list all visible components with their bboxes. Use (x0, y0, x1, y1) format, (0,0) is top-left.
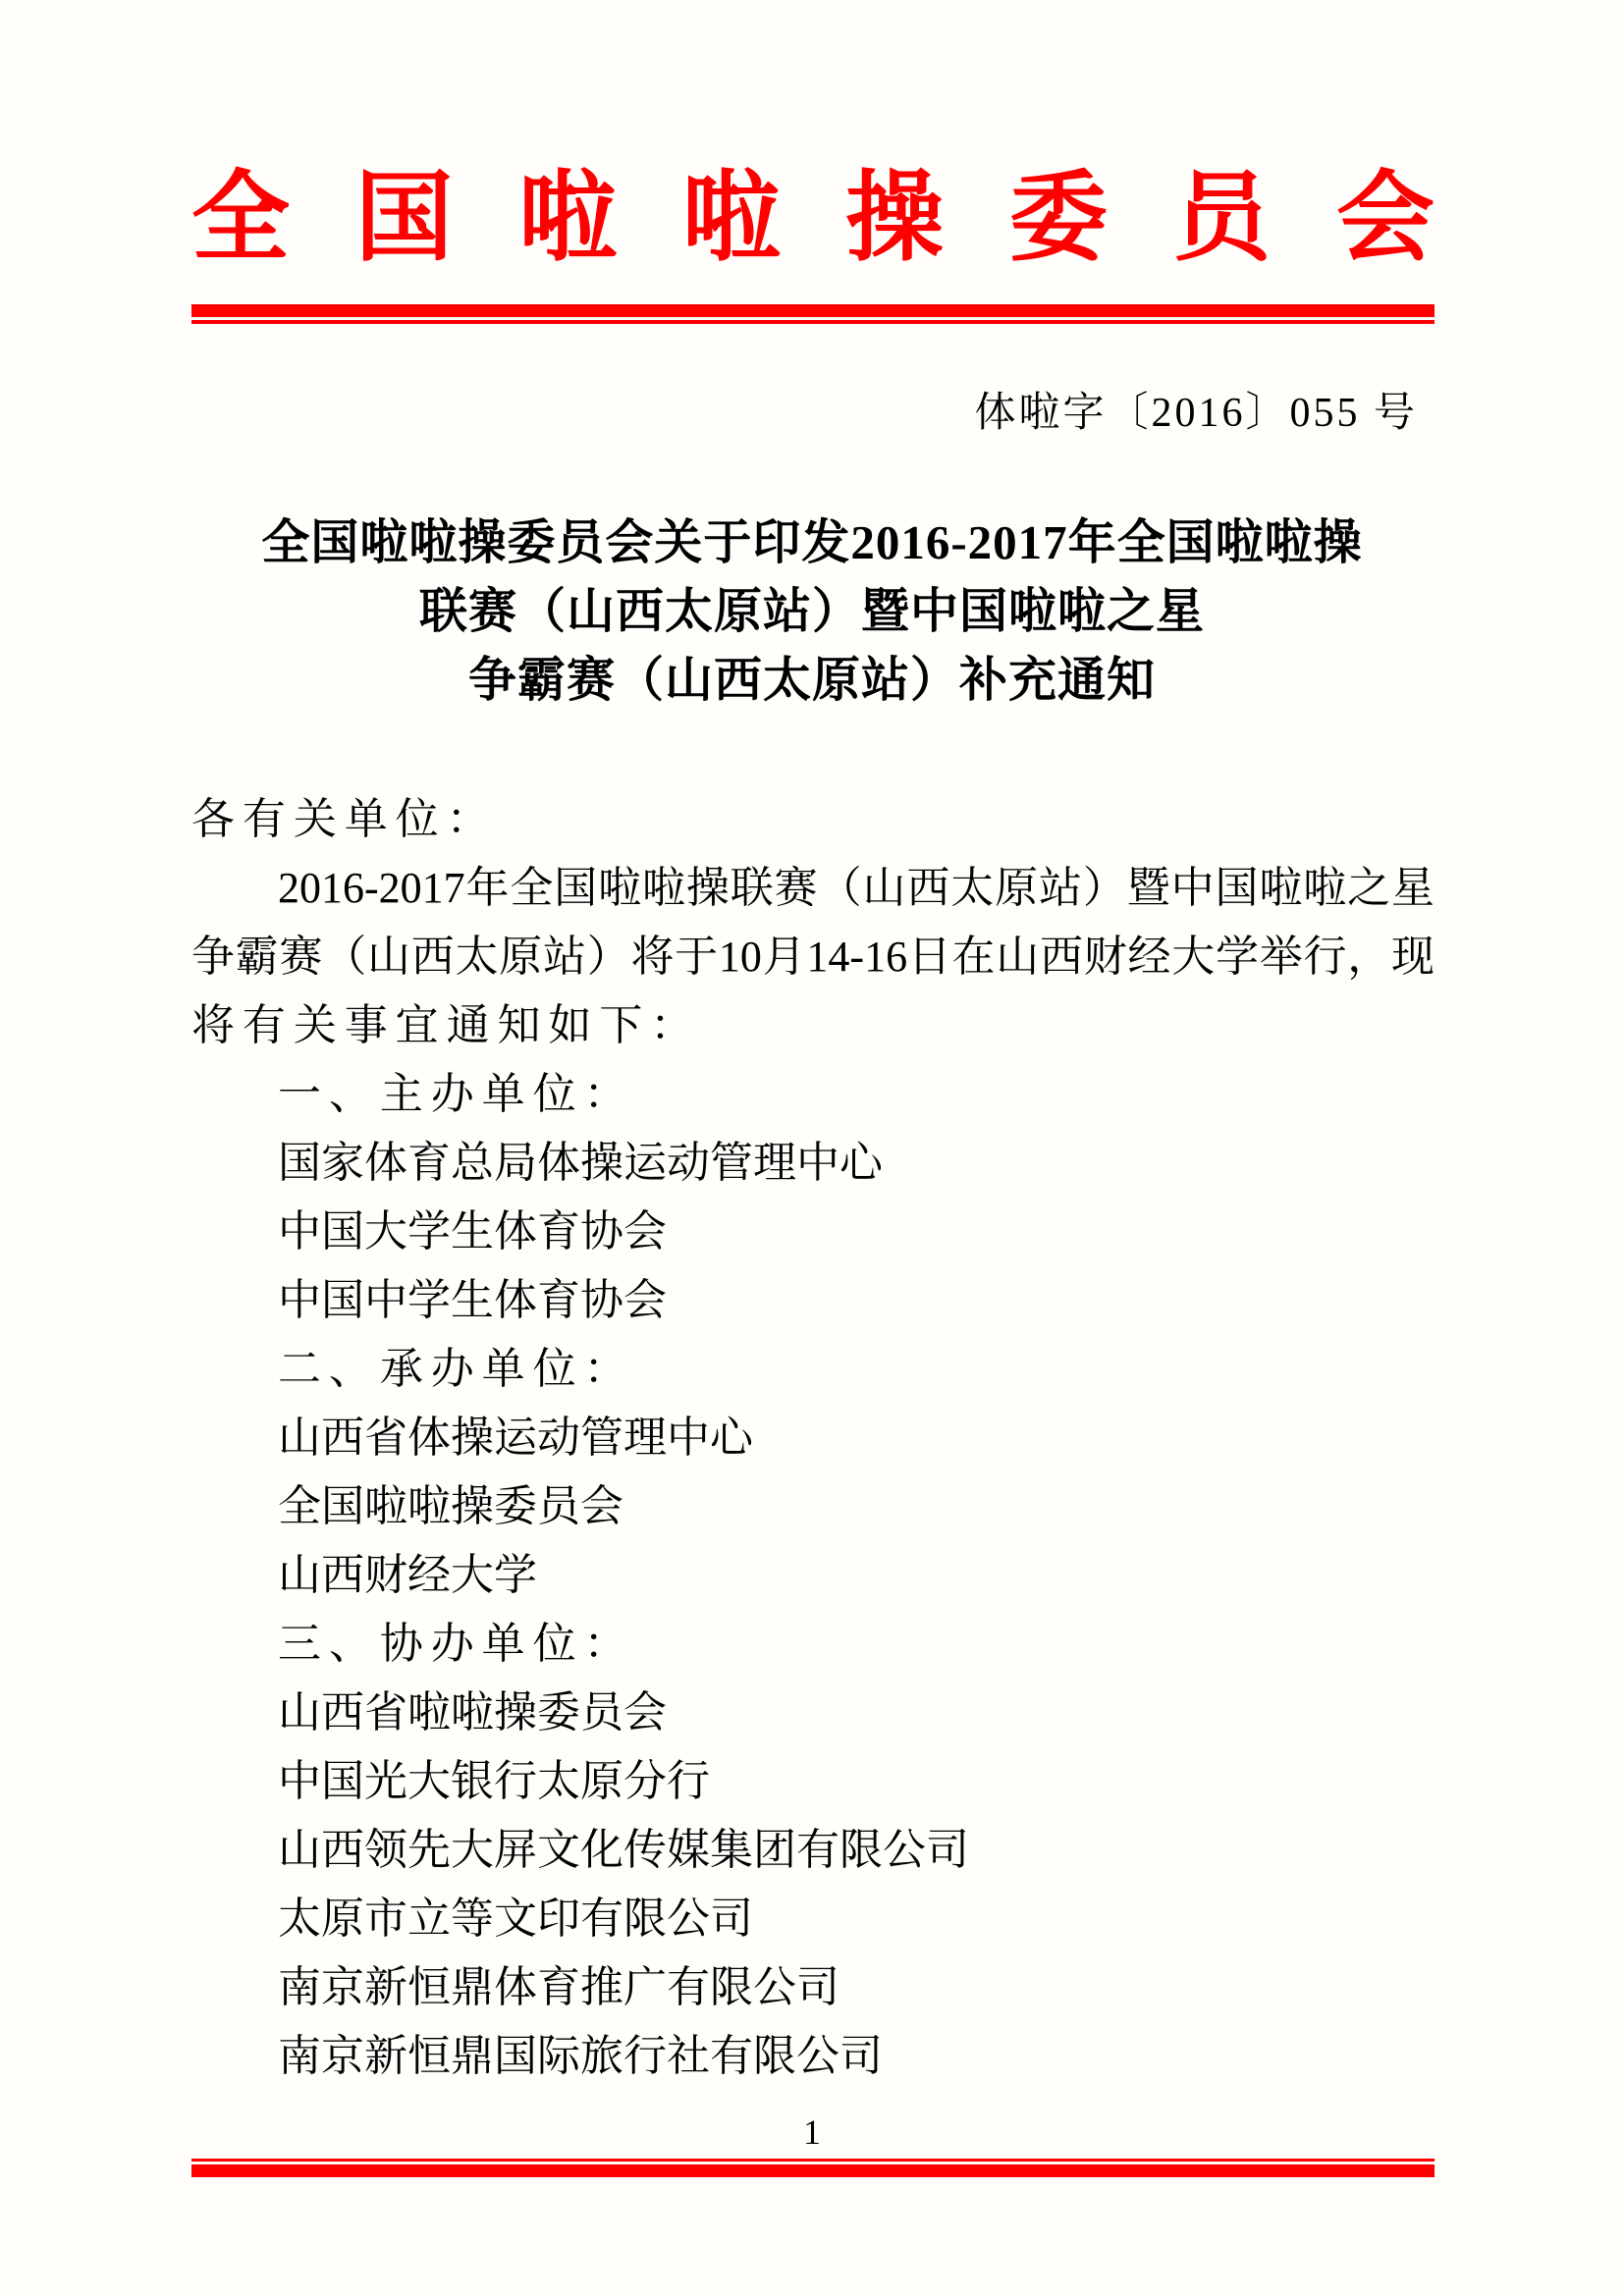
page-number: 1 (0, 2109, 1624, 2156)
notice-title-line-2: 联赛（山西太原站）暨中国啦啦之星 (0, 577, 1624, 646)
org-list-item: 南京新恒鼎国际旅行社有限公司 (191, 2022, 1435, 2091)
notice-title-line-1: 全国啦啦操委员会关于印发2016-2017年全国啦啦操 (0, 508, 1624, 577)
org-list-item: 中国光大银行太原分行 (191, 1747, 1435, 1816)
document-page: 全国啦啦操委员会 体啦字〔2016〕055 号 全国啦啦操委员会关于印发2016… (0, 0, 1624, 2296)
org-list-item: 中国中学生体育协会 (191, 1266, 1435, 1335)
section-heading-co-organizers: 三、协办单位： (191, 1610, 1435, 1679)
letterhead-rule-thin (191, 320, 1435, 324)
org-list-item: 山西财经大学 (191, 1541, 1435, 1610)
org-list-item: 南京新恒鼎体育推广有限公司 (191, 1953, 1435, 2022)
org-list-item: 中国大学生体育协会 (191, 1198, 1435, 1266)
org-list-item: 山西省体操运动管理中心 (191, 1404, 1435, 1472)
paragraph-line: 将有关事宜通知如下： (191, 991, 1435, 1060)
section-heading-hosts: 一、主办单位： (191, 1060, 1435, 1129)
footer-rule (191, 2159, 1435, 2177)
letterhead-org-title: 全国啦啦操委员会 (191, 160, 1435, 278)
footer-rule-thick (191, 2164, 1435, 2177)
notice-title-line-3: 争霸赛（山西太原站）补充通知 (0, 646, 1624, 715)
document-number: 体啦字〔2016〕055 号 (974, 391, 1418, 436)
section-heading-organizers: 二、承办单位： (191, 1335, 1435, 1404)
paragraph-line: 2016-2017年全国啦啦操联赛（山西太原站）暨中国啦啦之星 (191, 854, 1435, 923)
org-list-item: 山西领先大屏文化传媒集团有限公司 (191, 1816, 1435, 1885)
notice-body: 各有关单位： 2016-2017年全国啦啦操联赛（山西太原站）暨中国啦啦之星 争… (191, 785, 1435, 2091)
org-list-item: 太原市立等文印有限公司 (191, 1885, 1435, 1953)
letterhead-rule (191, 304, 1435, 324)
paragraph-line: 争霸赛（山西太原站）将于10月14-16日在山西财经大学举行，现 (191, 923, 1435, 991)
org-list-item: 国家体育总局体操运动管理中心 (191, 1129, 1435, 1198)
letterhead-rule-thick (191, 304, 1435, 317)
org-list-item: 全国啦啦操委员会 (191, 1472, 1435, 1541)
notice-title: 全国啦啦操委员会关于印发2016-2017年全国啦啦操 联赛（山西太原站）暨中国… (0, 508, 1624, 715)
org-list-item: 山西省啦啦操委员会 (191, 1679, 1435, 1747)
salutation: 各有关单位： (191, 785, 1435, 854)
